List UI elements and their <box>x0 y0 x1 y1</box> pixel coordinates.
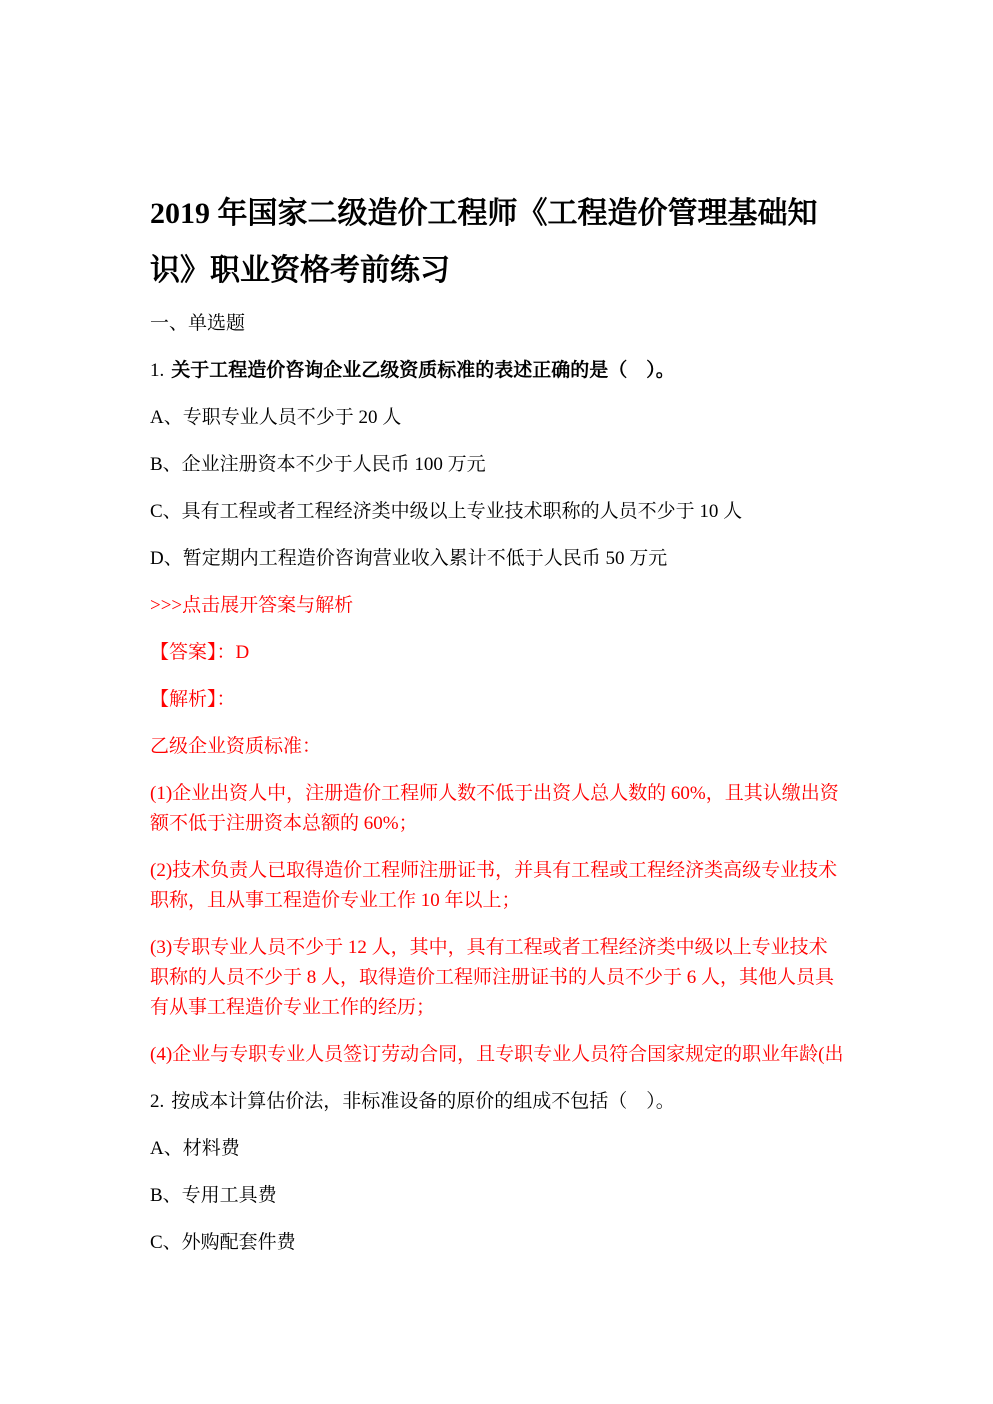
analysis-paragraph-4: (4)企业与专职专业人员签订劳动合同，且专职专业人员符合国家规定的职业年龄(出 <box>150 1040 845 1070</box>
expand-answer-link[interactable]: >>>点击展开答案与解析 <box>150 591 845 621</box>
document-page: 2019 年国家二级造价工程师《工程造价管理基础知识》职业资格考前练习 一、单选… <box>0 0 993 1404</box>
section-heading: 一、单选题 <box>150 309 845 339</box>
question-2-option-a: A、材料费 <box>150 1134 845 1164</box>
question-2-option-b: B、专用工具费 <box>150 1181 845 1211</box>
question-2-option-c: C、外购配套件费 <box>150 1228 845 1258</box>
analysis-paragraph-standard-heading: 乙级企业资质标准： <box>150 732 845 762</box>
analysis-paragraph-1: (1)企业出资人中，注册造价工程师人数不低于出资人总人数的 60%，且其认缴出资… <box>150 779 845 839</box>
question-1-option-a: A、专职专业人员不少于 20 人 <box>150 403 845 433</box>
question-2-stem: 按成本计算估价法，非标准设备的原价的组成不包括（ ）。 <box>171 1091 675 1112</box>
question-block-1: 1.关于工程造价咨询企业乙级资质标准的表述正确的是（ ）。 A、专职专业人员不少… <box>150 356 845 1070</box>
question-1-number: 1. <box>150 356 164 386</box>
analysis-paragraph-2: (2)技术负责人已取得造价工程师注册证书，并具有工程或工程经济类高级专业技术职称… <box>150 856 845 916</box>
analysis-label: 【解析】： <box>150 685 845 715</box>
document-title: 2019 年国家二级造价工程师《工程造价管理基础知识》职业资格考前练习 <box>150 185 845 299</box>
question-1-stem: 关于工程造价咨询企业乙级资质标准的表述正确的是（ ）。 <box>171 360 675 381</box>
question-block-2: 2.按成本计算估价法，非标准设备的原价的组成不包括（ ）。 A、材料费 B、专用… <box>150 1087 845 1258</box>
question-2-text: 2.按成本计算估价法，非标准设备的原价的组成不包括（ ）。 <box>150 1087 845 1117</box>
answer-text: 【答案】：D <box>150 638 845 668</box>
question-2-number: 2. <box>150 1087 164 1117</box>
question-1-text: 1.关于工程造价咨询企业乙级资质标准的表述正确的是（ ）。 <box>150 356 845 386</box>
question-1-option-b: B、企业注册资本不少于人民币 100 万元 <box>150 450 845 480</box>
analysis-paragraph-3: (3)专职专业人员不少于 12 人，其中，具有工程或者工程经济类中级以上专业技术… <box>150 933 845 1023</box>
question-1-option-c: C、具有工程或者工程经济类中级以上专业技术职称的人员不少于 10 人 <box>150 497 845 527</box>
question-1-option-d: D、暂定期内工程造价咨询营业收入累计不低于人民币 50 万元 <box>150 544 845 574</box>
